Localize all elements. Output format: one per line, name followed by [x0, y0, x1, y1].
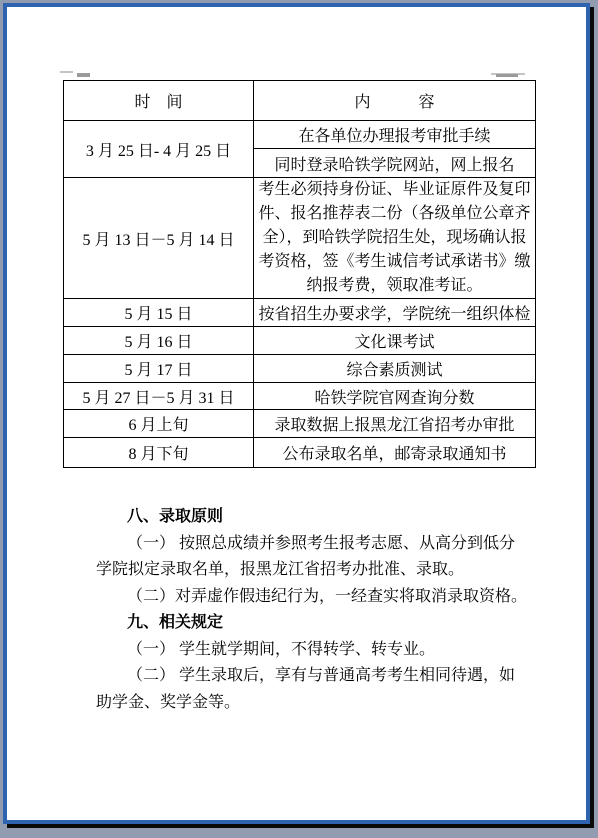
body-text: 八、录取原则 （一） 按照总成绩并参照考生报考志愿、从高分到低分 学院拟定录取名…: [96, 504, 520, 716]
paragraph-line: （二） 学生录取后，享有与普通高考考生相同待遇，如: [96, 663, 520, 690]
table-row: 5 月 27 日－5 月 31 日 哈铁学院官网查询分数: [64, 383, 536, 410]
content-cell: 按省招生办要求学，学院统一组织体检: [254, 299, 536, 327]
artifact-mark-top-left-line: [60, 71, 73, 73]
time-cell: 3 月 25 日- 4 月 25 日: [64, 121, 254, 178]
table-row: 5 月 16 日 文化课考试: [64, 327, 536, 355]
artifact-mark-top-left: [77, 73, 90, 77]
schedule-table: 时 间 内 容 3 月 25 日- 4 月 25 日 在各单位办理报考审批手续 …: [63, 80, 536, 468]
content-cell: 考生必须持身份证、毕业证原件及复印件、报名推荐表二份（各级单位公章齐全），到哈铁…: [254, 178, 536, 299]
paragraph-line: （一） 学生就学期间，不得转学、转专业。: [96, 637, 520, 664]
time-cell: 8 月下旬: [64, 438, 254, 468]
table-row: 5 月 17 日 综合素质测试: [64, 355, 536, 383]
content-cell: 哈铁学院官网查询分数: [254, 383, 536, 410]
paragraph-line: （一） 按照总成绩并参照考生报考志愿、从高分到低分: [96, 531, 520, 558]
paragraph-line: 学院拟定录取名单，报黑龙江省招考办批准、录取。: [96, 557, 520, 584]
table-row: 5 月 15 日 按省招生办要求学，学院统一组织体检: [64, 299, 536, 327]
time-cell: 5 月 13 日－5 月 14 日: [64, 178, 254, 299]
table-header-row: 时 间 内 容: [64, 81, 536, 121]
content-cell: 同时登录哈铁学院网站，网上报名: [254, 149, 536, 178]
time-cell: 5 月 17 日: [64, 355, 254, 383]
content-cell: 文化课考试: [254, 327, 536, 355]
content-cell: 公布录取名单，邮寄录取通知书: [254, 438, 536, 468]
content-cell: 录取数据上报黑龙江省招考办审批: [254, 410, 536, 438]
section-heading-related-rules: 九、相关规定: [96, 610, 520, 637]
time-cell: 6 月上旬: [64, 410, 254, 438]
table-row: 8 月下旬 公布录取名单，邮寄录取通知书: [64, 438, 536, 468]
document-canvas: { "theme": { "canvas_bg": "#929cb1", "pa…: [0, 0, 598, 838]
artifact-mark-top-right: [496, 74, 518, 77]
time-cell: 5 月 27 日－5 月 31 日: [64, 383, 254, 410]
table-row: 6 月上旬 录取数据上报黑龙江省招考办审批: [64, 410, 536, 438]
table-row: 5 月 13 日－5 月 14 日 考生必须持身份证、毕业证原件及复印件、报名推…: [64, 178, 536, 299]
content-cell: 在各单位办理报考审批手续: [254, 121, 536, 149]
time-cell: 5 月 15 日: [64, 299, 254, 327]
table-header-time: 时 间: [64, 81, 254, 121]
table-header-content: 内 容: [254, 81, 536, 121]
document-page: 时 间 内 容 3 月 25 日- 4 月 25 日 在各单位办理报考审批手续 …: [3, 3, 590, 824]
paragraph-line: 助学金、奖学金等。: [96, 690, 520, 717]
content-cell: 综合素质测试: [254, 355, 536, 383]
time-cell: 5 月 16 日: [64, 327, 254, 355]
table-row: 3 月 25 日- 4 月 25 日 在各单位办理报考审批手续: [64, 121, 536, 149]
paragraph-line: （二）对弄虚作假违纪行为，一经查实将取消录取资格。: [96, 584, 520, 611]
section-heading-admission-principles: 八、录取原则: [96, 504, 520, 531]
